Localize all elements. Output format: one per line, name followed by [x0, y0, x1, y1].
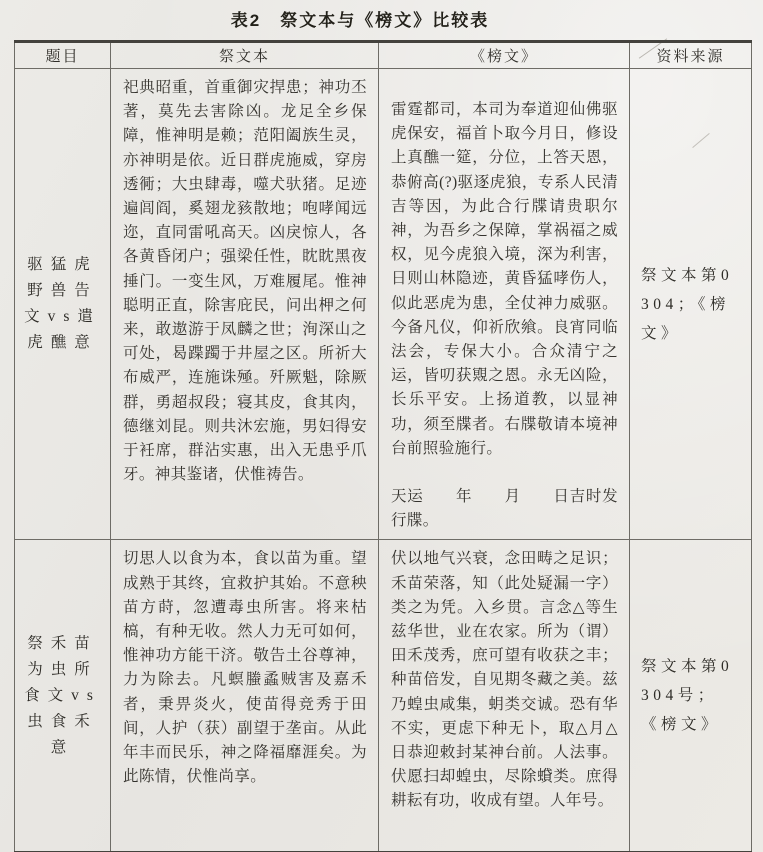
col-header-topic: 题目	[15, 42, 111, 69]
table-row: 驱猛虎野兽告文vs遣虎醮意 祀典昭重，首重御灾捍患；神功丕著，莫先去害除凶。龙足…	[15, 69, 752, 540]
row1-bangwen-cell: 雷霆都司，本司为奉道迎仙佛驱虎保安，福首卜取今月日，修设上真醮一筵，分位，上答天…	[379, 69, 630, 540]
row1-source: 祭文本第0304；《榜文》	[630, 69, 752, 540]
table-row: 祭禾苗为虫所食文vs虫食禾意 切思人以食为本，食以苗为重。望成熟于其终，宜救护其…	[15, 540, 752, 852]
header-row: 题目 祭文本 《榜文》 资料来源	[15, 42, 752, 69]
col-header-jiwen: 祭文本	[111, 42, 379, 69]
row1-bangwen-date-line: 天运 年 月 日吉时发行牒。	[391, 485, 618, 533]
row2-topic: 祭禾苗为虫所食文vs虫食禾意	[15, 540, 111, 852]
row1-jiwen-cell: 祀典昭重，首重御灾捍患；神功丕著，莫先去害除凶。龙足全乡保障，惟神明是赖；范阳阖…	[111, 69, 379, 540]
comparison-table: 题目 祭文本 《榜文》 资料来源 驱猛虎野兽告文vs遣虎醮意 祀典昭重，首重御灾…	[14, 40, 752, 852]
col-header-source: 资料来源	[630, 42, 752, 69]
row2-bangwen-text: 伏以地气兴衰，念田畴之足识；禾苗荣落，知（此处疑漏一字）类之为凭。入乡贯。言念△…	[391, 547, 618, 813]
row2-source: 祭文本第0304号；《榜文》	[630, 540, 752, 852]
row2-jiwen-text: 切思人以食为本，食以苗为重。望成熟于其终，宜救护其始。不意秧苗方莳，忽遭毒虫所害…	[123, 547, 367, 789]
row2-bangwen-cell: 伏以地气兴衰，念田畴之足识；禾苗荣落，知（此处疑漏一字）类之为凭。入乡贯。言念△…	[379, 540, 630, 852]
document-page: 表2 祭文本与《榜文》比较表 题目 祭文本 《榜文》 资料来源 驱猛虎野兽告文v…	[0, 0, 763, 852]
row1-bangwen-text: 雷霆都司，本司为奉道迎仙佛驱虎保安，福首卜取今月日，修设上真醮一筵，分位，上答天…	[391, 98, 618, 461]
col-header-bangwen: 《榜文》	[379, 42, 630, 69]
row1-jiwen-text: 祀典昭重，首重御灾捍患；神功丕著，莫先去害除凶。龙足全乡保障，惟神明是赖；范阳阖…	[123, 76, 367, 487]
row2-jiwen-cell: 切思人以食为本，食以苗为重。望成熟于其终，宜救护其始。不意秧苗方莳，忽遭毒虫所害…	[111, 540, 379, 852]
row1-topic: 驱猛虎野兽告文vs遣虎醮意	[15, 69, 111, 540]
table-caption: 表2 祭文本与《榜文》比较表	[0, 6, 720, 31]
